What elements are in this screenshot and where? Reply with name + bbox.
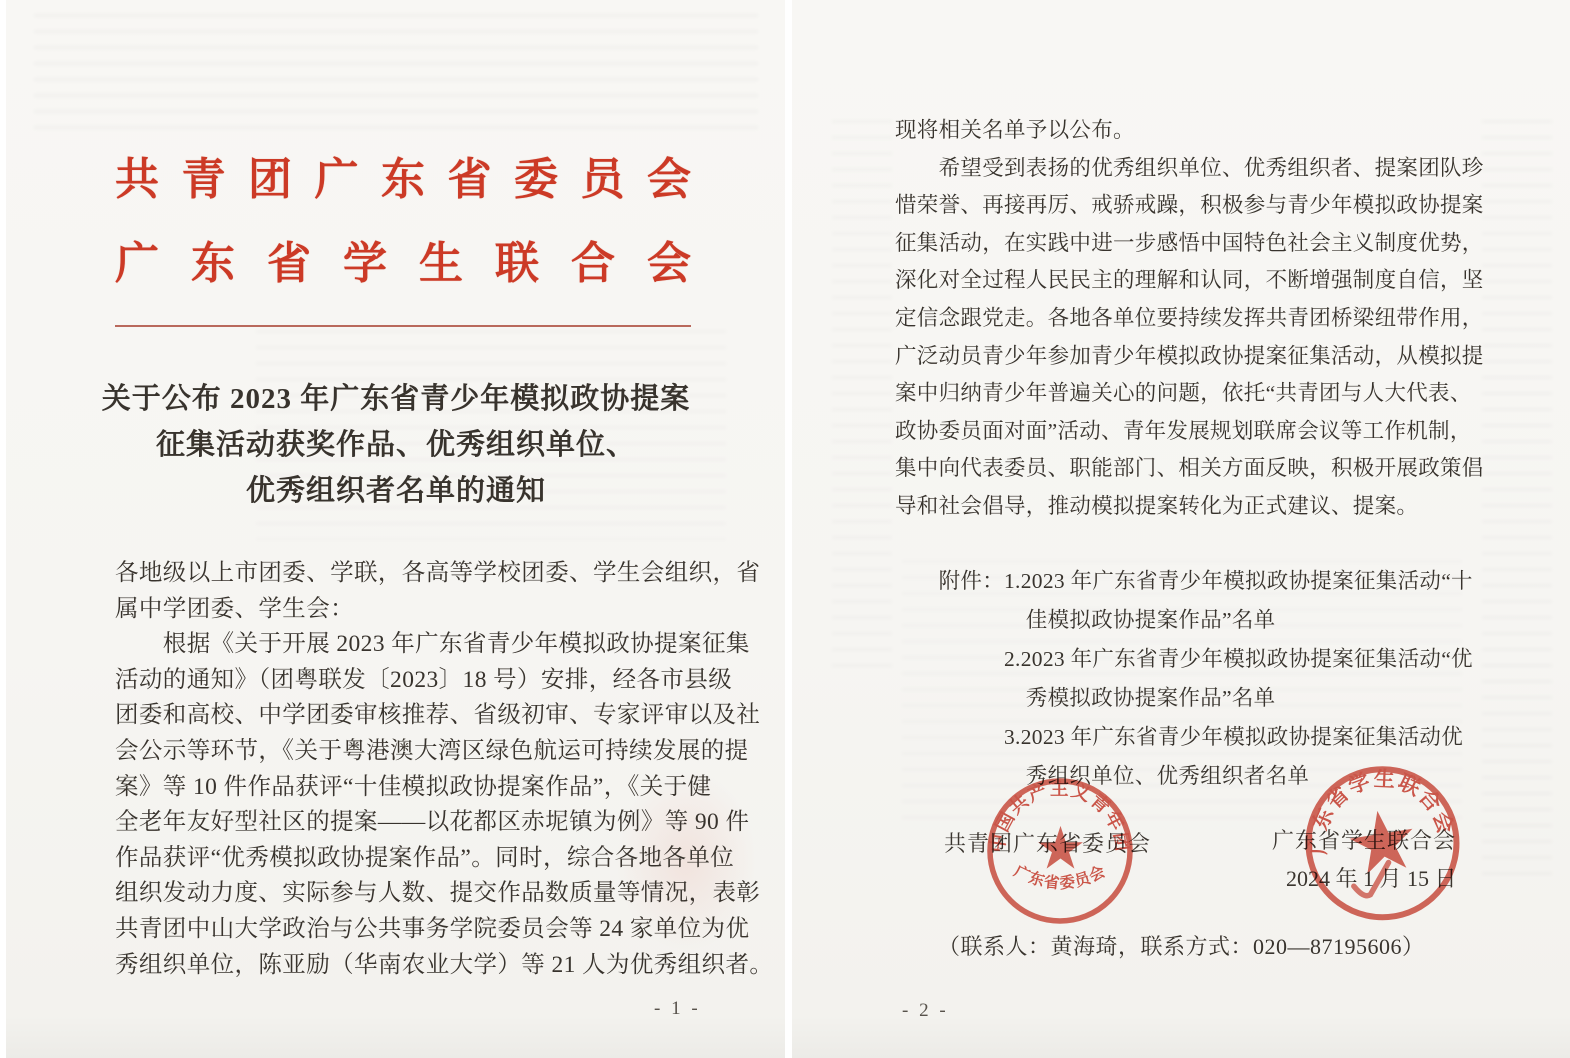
official-seal-student-federation-icon: 广东省学生联合会 xyxy=(1284,741,1483,953)
text-line: 深化对全过程人民民主的理解和认同，不断增强制度自信，坚 xyxy=(895,262,1480,300)
text-line: 佳模拟政协提案作品”名单 xyxy=(895,601,1495,640)
star-icon xyxy=(1346,806,1418,876)
text-line: 根据《关于开展 2023 年广东省青少年模拟政协提案征集 xyxy=(115,627,775,663)
text-line: 集中向代表委员、职能部门、相关方面反映，积极开展政策倡 xyxy=(895,450,1480,488)
page-2: 现将相关名单予以公布。 希望受到表扬的优秀组织单位、优秀组织者、提案团队珍惜荣誉… xyxy=(792,0,1570,1058)
bleed-through-artifact xyxy=(34,14,758,142)
text-line: 广泛动员青少年参加青少年模拟政协提案征集活动，从模拟提 xyxy=(895,338,1480,376)
page-gap-divider xyxy=(785,0,792,1058)
text-line: 活动的通知》（团粤联发〔2023〕18 号）安排，经各市县级 xyxy=(115,663,775,699)
text-line: 征集活动，在实践中进一步感悟中国特色社会主义制度优势， xyxy=(895,225,1480,263)
text-line: 关于公布 2023 年广东省青少年模拟政协提案 xyxy=(61,376,731,422)
document-title: 关于公布 2023 年广东省青少年模拟政协提案征集活动获奖作品、优秀组织单位、优… xyxy=(61,376,731,514)
text-line: 属中学团委、学生会： xyxy=(115,592,775,628)
text-line: 案》等 10 件作品获评“十佳模拟政协提案作品”，《关于健 xyxy=(115,770,775,806)
text-line: 征集活动获奖作品、优秀组织单位、 xyxy=(61,422,731,468)
letterhead-line-1: 共青团广东省委员会 xyxy=(115,156,691,204)
text-line: 导和社会倡导，推动模拟提案转化为正式建议、提案。 xyxy=(895,488,1480,526)
letterhead-rule xyxy=(115,325,691,327)
scanned-notice-document: 共青团广东省委员会 广东省学生联合会 关于公布 2023 年广东省青少年模拟政协… xyxy=(0,0,1570,1058)
page-number-2: - 2 - xyxy=(902,1000,949,1022)
page-1: 共青团广东省委员会 广东省学生联合会 关于公布 2023 年广东省青少年模拟政协… xyxy=(6,0,785,1058)
seal-bottom-text: 广东省委员会 xyxy=(1011,861,1109,892)
text-line: 秀组织单位，陈亚励（华南农业大学）等 21 人为优秀组织者。 xyxy=(115,948,775,984)
text-line: 全老年友好型社区的提案——以花都区赤坭镇为例》等 90 件 xyxy=(115,805,775,841)
text-line: 作品获评“优秀模拟政协提案作品”。同时，综合各地各单位 xyxy=(115,841,775,877)
text-line: 秀模拟政协提案作品”名单 xyxy=(895,679,1495,718)
text-line: 组织发动力度、实际参与人数、提交作品数质量等情况，表彰 xyxy=(115,876,775,912)
text-line: 定信念跟党走。各地各单位要持续发挥共青团桥梁纽带作用， xyxy=(895,300,1480,338)
text-line: 优秀组织者名单的通知 xyxy=(61,468,731,514)
letterhead-line-2: 广东省学生联合会 xyxy=(115,240,691,288)
bleed-through-artifact xyxy=(832,120,892,680)
text-line: 共青团中山大学政治与公共事务学院委员会等 24 家单位为优 xyxy=(115,912,775,948)
text-line: 2.2023 年广东省青少年模拟政协提案征集活动“优 xyxy=(895,640,1495,679)
body-text-page-2: 现将相关名单予以公布。 希望受到表扬的优秀组织单位、优秀组织者、提案团队珍惜荣誉… xyxy=(895,112,1480,526)
star-icon xyxy=(1038,826,1083,869)
text-line: 会公示等环节，《关于粤港澳大湾区绿色航运可持续发展的提 xyxy=(115,734,775,770)
text-line: 附件：1.2023 年广东省青少年模拟政协提案征集活动“十 xyxy=(895,562,1495,601)
text-line: 各地级以上市团委、学联，各高等学校团委、学生会组织，省 xyxy=(115,556,775,592)
text-line: 现将相关名单予以公布。 xyxy=(895,112,1480,150)
text-line: 希望受到表扬的优秀组织单位、优秀组织者、提案团队珍 xyxy=(895,150,1480,188)
body-text-page-1: 各地级以上市团委、学联，各高等学校团委、学生会组织，省属中学团委、学生会： 根据… xyxy=(115,556,775,983)
svg-text:广东省委员会: 广东省委员会 xyxy=(1011,861,1109,892)
text-line: 案中归纳青少年普遍关心的问题，依托“共青团与人大代表、 xyxy=(895,375,1480,413)
text-line: 政协委员面对面”活动、青年发展规划联席会议等工作机制， xyxy=(895,413,1480,451)
text-line: 团委和高校、中学团委审核推荐、省级初审、专家评审以及社 xyxy=(115,698,775,734)
official-seal-youth-league-icon: 中国共产主义青年团 广东省委员会 xyxy=(980,763,1142,940)
page-number-1: - 1 - xyxy=(654,998,701,1020)
text-line: 惜荣誉、再接再厉、戒骄戒躁，积极参与青少年模拟政协提案 xyxy=(895,187,1480,225)
